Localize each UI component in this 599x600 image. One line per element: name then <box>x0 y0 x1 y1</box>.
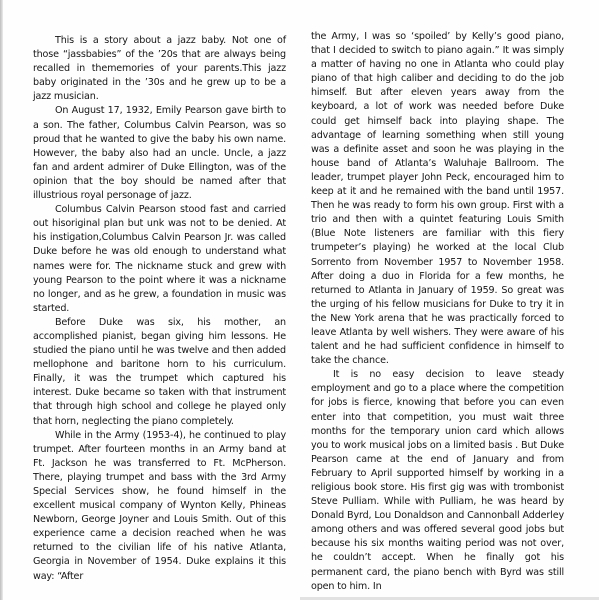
right-text-column: the Army, I was so ‘spoiled’ by Kelly’s … <box>311 30 564 594</box>
paragraph-early-lessons: Before Duke was six, his mother, an acco… <box>33 316 286 429</box>
paragraph-intro: This is a story about a jazz baby. Not o… <box>33 34 286 104</box>
paragraph-atlanta-career: the Army, I was so ‘spoiled’ by Kelly’s … <box>311 30 564 368</box>
left-text-column: This is a story about a jazz baby. Not o… <box>33 34 286 584</box>
page-left-edge <box>0 0 3 600</box>
liner-notes-page: This is a story about a jazz baby. Not o… <box>0 0 599 600</box>
paragraph-new-york: It is no easy decision to leave steady e… <box>311 368 564 594</box>
paragraph-army: While in the Army (1953-4), he continued… <box>33 429 286 584</box>
paragraph-birth: On August 17, 1932, Emily Pearson gave b… <box>33 104 286 203</box>
paragraph-nickname: Columbus Calvin Pearson stood fast and c… <box>33 203 286 316</box>
